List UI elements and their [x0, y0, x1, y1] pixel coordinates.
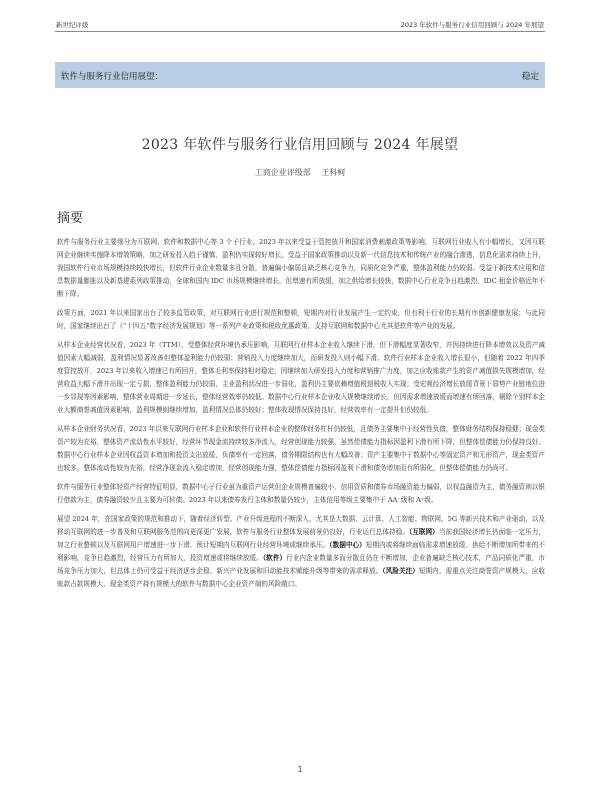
tag-software: （软件） [263, 554, 286, 562]
paragraph-policy: 政策方面，2021 年以来国家出台了较多监管政策，对互联网行业进行规范和整顿，短… [57, 307, 545, 333]
tag-risk: （风险关注） [382, 567, 419, 575]
document-title: 2023 年软件与服务行业信用回顾与 2024 年展望 [0, 134, 600, 154]
paragraph-financials: 从样本企业财务状况看，2023 年以来互联网行业样本企业和软件行业样本企业的整体… [57, 423, 545, 475]
paragraph-financing: 软件与服务行业整体轻资产经营特征明显，数据中心子行业虽为重资产运营但企业规模普遍… [57, 481, 545, 507]
paragraph-operations: 从样本企业经营状况看，2023 年（TTM），受整体经营环境仍承压影响，互联网行… [57, 339, 545, 417]
page-number: 1 [0, 765, 600, 774]
outlook-label: 软件与服务行业信用展望： [61, 70, 163, 82]
paragraph-outlook: 展望 2024 年，在国家政策的规范和推动下，随着经济转型、产业升级进程的不断深… [57, 513, 545, 591]
section-heading-abstract: 摘要 [57, 207, 83, 226]
document-author: 工商企业评级部 王科柯 [0, 167, 600, 178]
tag-datacenter: （数据中心） [329, 541, 366, 549]
outlook-banner: 软件与服务行业信用展望： 稳定 [55, 62, 545, 88]
tag-internet: （互联网） [409, 528, 439, 536]
outlook-value: 稳定 [522, 70, 539, 82]
abstract-body: 软件与服务行业主要细分为互联网、软件和数据中心等 3 个子行业。2023 年以来… [57, 236, 545, 597]
running-title: 2023 年软件与服务行业信用回顾与 2024 年展望 [401, 20, 544, 29]
paragraph-overview: 软件与服务行业主要细分为互联网、软件和数据中心等 3 个子行业。2023 年以来… [57, 236, 545, 301]
publisher-name: 新世纪评级 [56, 20, 89, 29]
page-header: 新世纪评级 2023 年软件与服务行业信用回顾与 2024 年展望 [55, 17, 545, 32]
